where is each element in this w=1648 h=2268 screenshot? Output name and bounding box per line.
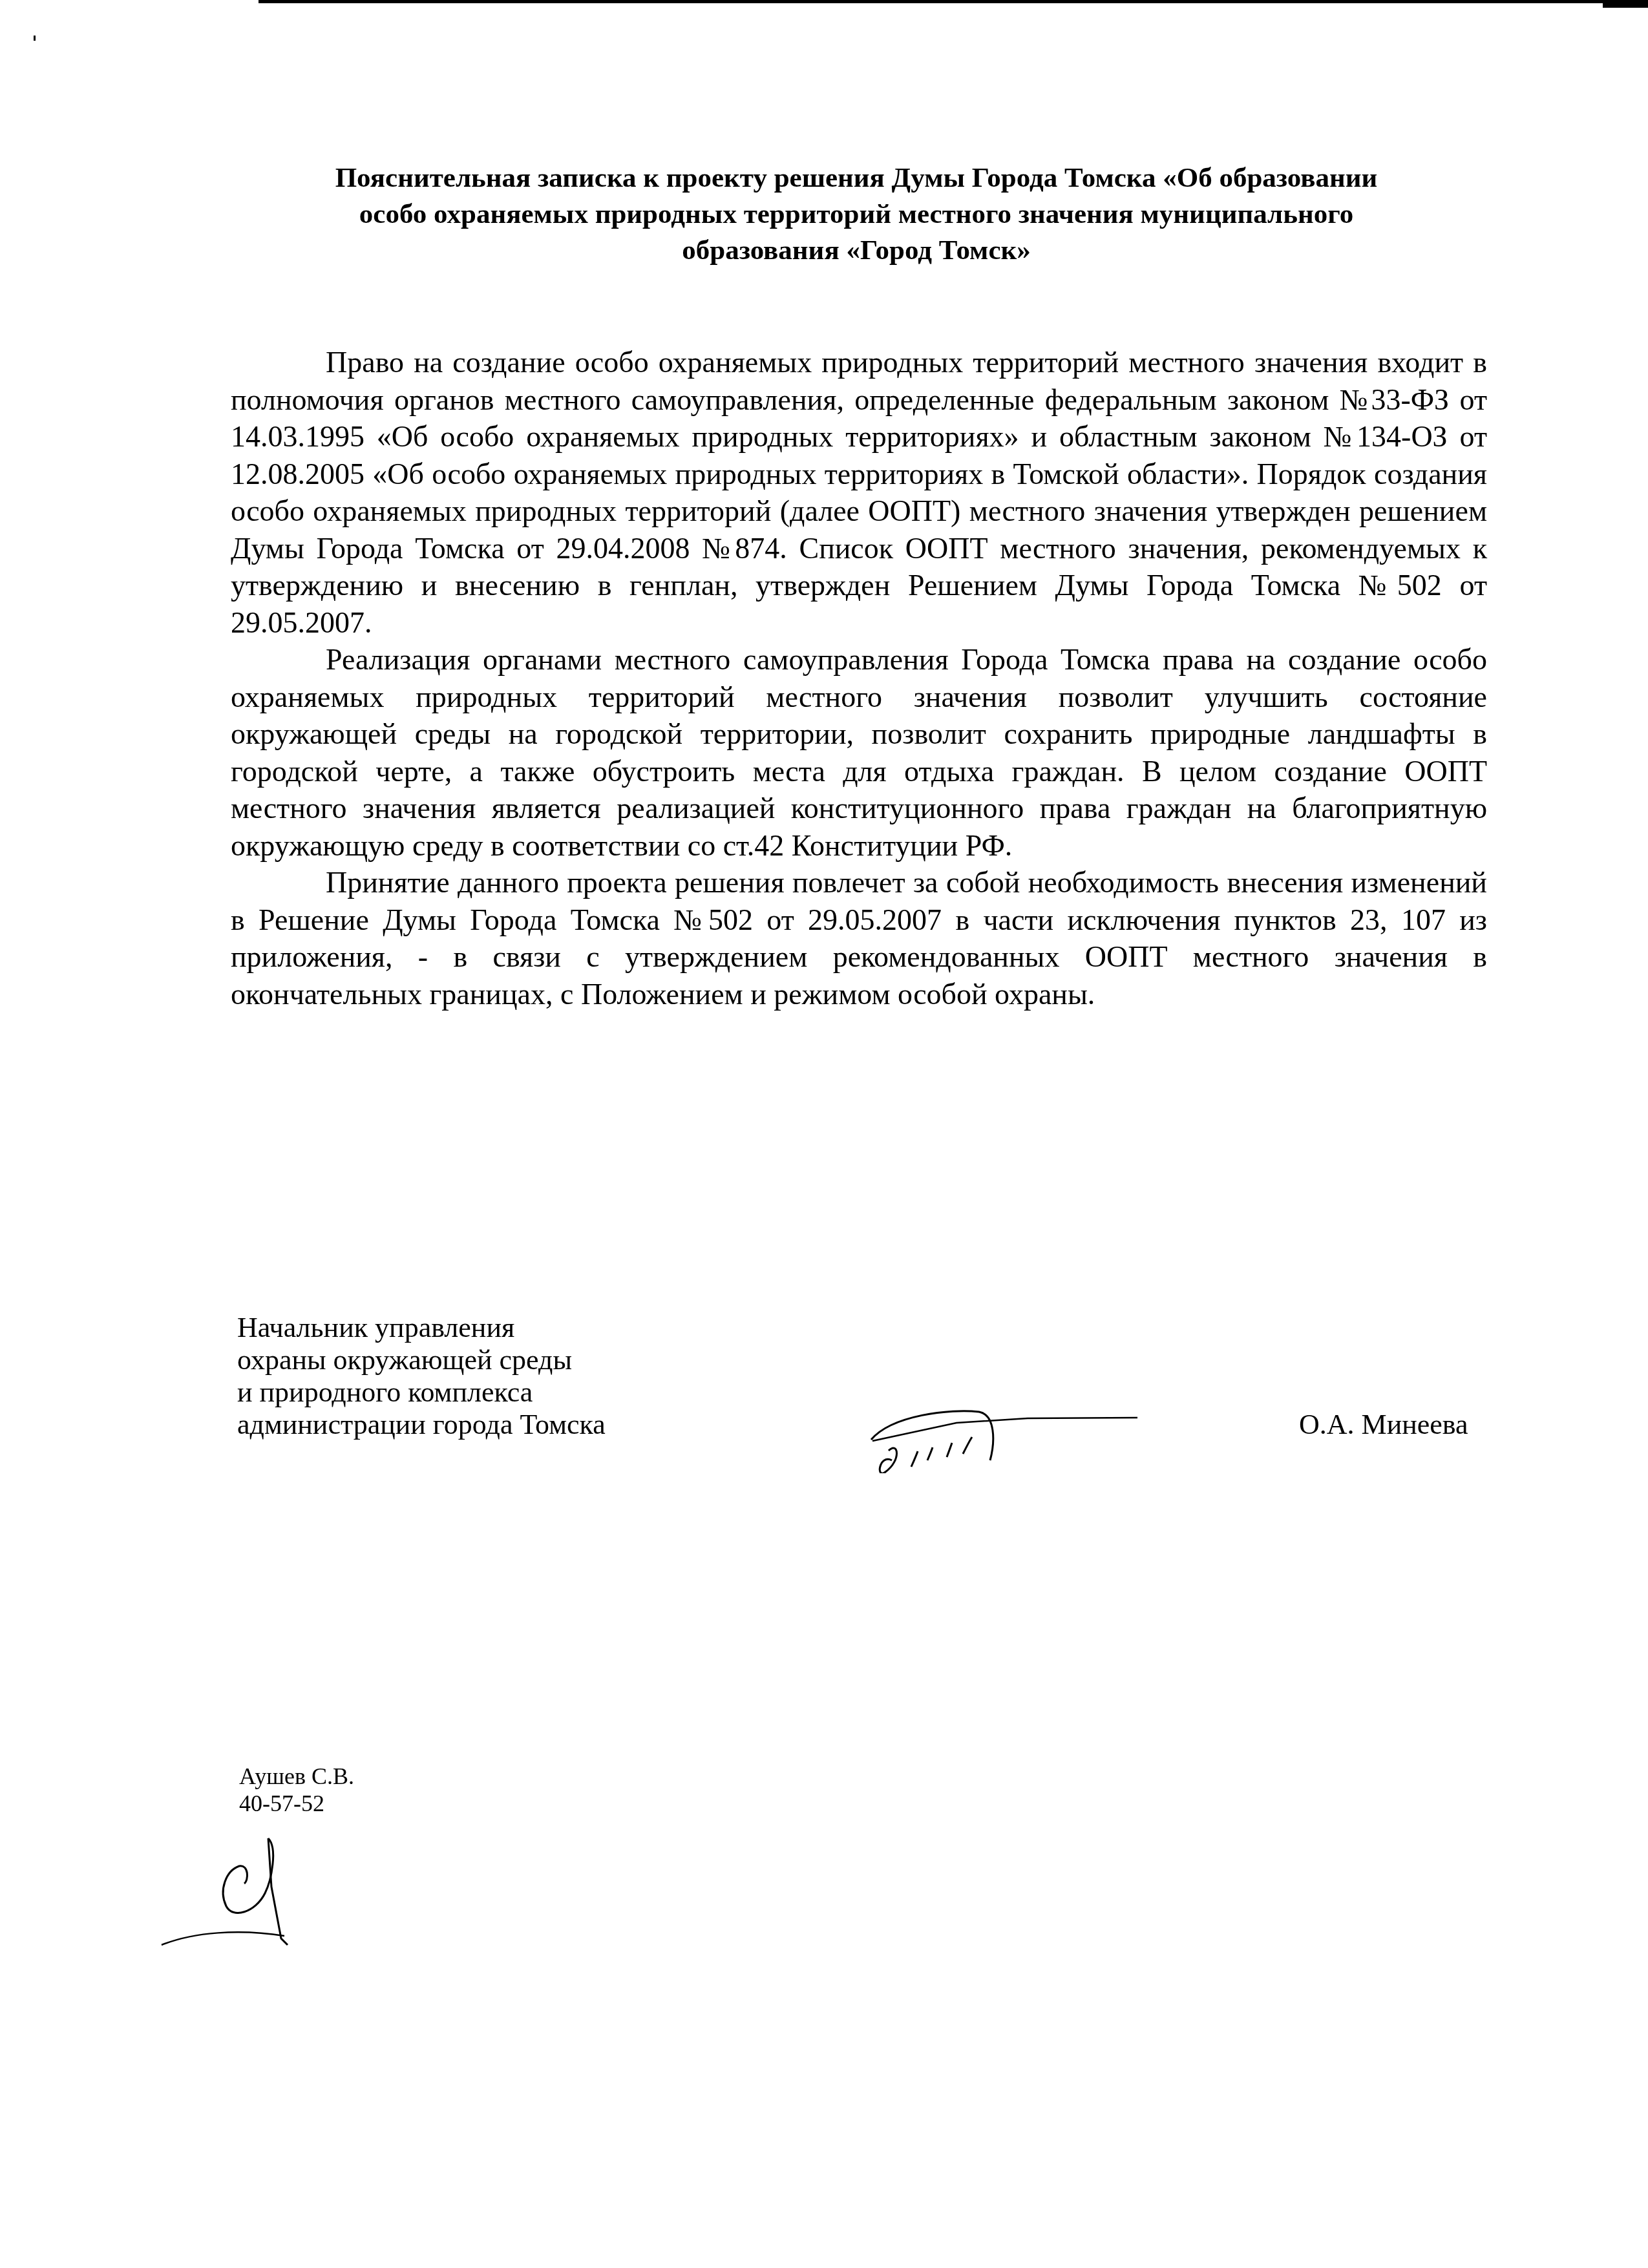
scan-speck bbox=[34, 36, 36, 41]
position-line: охраны окружающей среды bbox=[237, 1344, 606, 1376]
title-line: Пояснительная записка к проекту решения … bbox=[220, 160, 1493, 196]
title-line: образования «Город Томск» bbox=[220, 233, 1493, 269]
scan-corner-artifact bbox=[1603, 0, 1648, 8]
position-line: Начальник управления bbox=[237, 1312, 606, 1344]
document-title: Пояснительная записка к проекту решения … bbox=[220, 160, 1493, 269]
paragraph-benefits: Реализация органами местного самоуправле… bbox=[231, 641, 1487, 864]
position-line: администрации города Томска bbox=[237, 1409, 606, 1441]
position-line: и природного комплекса bbox=[237, 1376, 606, 1409]
paragraph-legal-basis: Право на создание особо охраняемых приро… bbox=[231, 344, 1487, 641]
signatory-name: О.А. Минеева bbox=[1299, 1409, 1468, 1441]
document-body: Право на создание особо охраняемых приро… bbox=[231, 344, 1487, 1013]
executor-name: Аушев С.В. bbox=[239, 1763, 354, 1790]
title-line: особо охраняемых природных территорий ме… bbox=[220, 196, 1493, 233]
scan-bottom-marks bbox=[679, 2255, 1066, 2258]
handwritten-signature-icon bbox=[866, 1363, 1176, 1473]
paragraph-consequences: Принятие данного проекта решения повлече… bbox=[231, 864, 1487, 1013]
scan-edge-artifact bbox=[259, 0, 1648, 3]
signatory-position: Начальник управления охраны окружающей с… bbox=[237, 1312, 606, 1441]
executor-signature-icon bbox=[142, 1809, 310, 1951]
